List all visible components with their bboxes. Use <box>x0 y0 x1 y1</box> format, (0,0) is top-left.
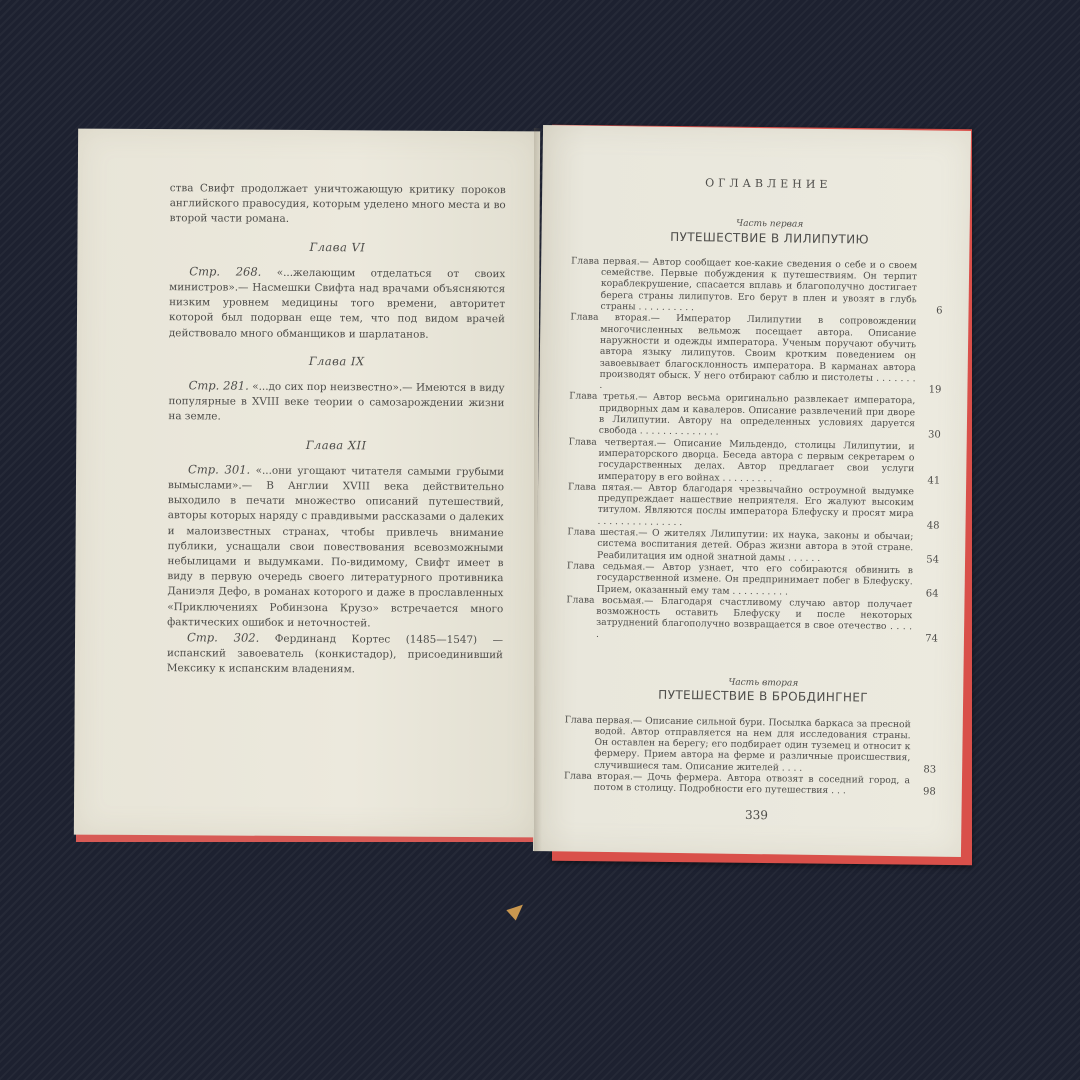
toc-entry: Глава первая.— Автор сообщает кое-какие … <box>570 255 943 317</box>
spacer <box>565 639 937 680</box>
page-number: 339 <box>577 807 935 823</box>
book-gutter <box>534 128 542 852</box>
toc-entry-text: Глава первая.— Автор сообщает кое-какие … <box>570 255 917 316</box>
toc-entry-text: Глава третья.— Автор весьма оригинально … <box>569 391 916 441</box>
toc-entry: Глава шестая.— О жителях Лилипутии: их н… <box>567 526 939 565</box>
toc-entry: Глава первая.— Описание сильной бури. По… <box>564 714 937 776</box>
note-paragraph: Стр. 268. «...желающим отделаться от сво… <box>169 264 505 343</box>
chapter-heading: Глава VI <box>169 239 505 256</box>
toc-entry-page: 41 <box>914 475 940 487</box>
part-title: ПУТЕШЕСТВИЕ В ЛИЛИПУТИЮ <box>595 230 943 246</box>
toc-entry-page: 6 <box>916 305 942 317</box>
page-reference: Стр. 301. <box>188 462 250 476</box>
toc-entry-page: 98 <box>910 787 936 799</box>
toc-entry: Глава пятая.— Автор благодаря чрезвычайн… <box>567 481 940 531</box>
note-text: «...они угощают читателя самыми грубыми … <box>167 465 504 630</box>
toc-entry-text: Глава седьмая.— Автор узнает, что его со… <box>567 560 913 599</box>
toc-entry-text: Глава восьмая.— Благодаря счастливому сл… <box>566 594 913 644</box>
toc-entry-page: 19 <box>915 384 941 396</box>
pencil-shaving <box>506 899 527 920</box>
page-reference: Стр. 268. <box>189 264 261 278</box>
left-page: ства Свифт продолжает уничтожающую крити… <box>74 129 540 838</box>
page-reference: Стр. 281. <box>189 378 249 392</box>
toc-entry-page: 64 <box>913 588 939 600</box>
page-reference: Стр. 302. <box>187 630 259 644</box>
part-title: ПУТЕШЕСТВИЕ В БРОБДИНГНЕГ <box>589 689 937 705</box>
toc-entry: Глава вторая.— Император Лилипутии в соп… <box>569 312 942 396</box>
toc-entry: Глава седьмая.— Автор узнает, что его со… <box>567 560 939 599</box>
chapter-heading: Глава XII <box>168 437 504 454</box>
toc-entry-page: 54 <box>913 554 939 566</box>
toc-entry: Глава третья.— Автор весьма оригинально … <box>569 391 942 441</box>
toc-entry-text: Глава первая.— Описание сильной бури. По… <box>564 714 911 775</box>
toc-entry: Глава четвертая.— Описание Мильдендо, ст… <box>568 436 941 486</box>
toc-entry-page: 74 <box>912 633 938 645</box>
toc-entry-page: 48 <box>913 520 939 532</box>
toc-entry: Глава вторая.— Дочь фермера. Автора отво… <box>564 770 936 798</box>
toc-entry-text: Глава вторая.— Император Лилипутии в соп… <box>569 312 916 396</box>
toc-title: ОГЛАВЛЕНИЕ <box>592 176 944 192</box>
toc-entry-text: Глава шестая.— О жителях Лилипутии: их н… <box>567 526 913 565</box>
right-page: ОГЛАВЛЕНИЕ Часть первая ПУТЕШЕСТВИЕ В ЛИ… <box>533 125 971 857</box>
toc-entry: Глава восьмая.— Благодаря счастливому сл… <box>566 594 939 644</box>
intro-paragraph: ства Свифт продолжает уничтожающую крити… <box>170 181 506 229</box>
toc-entry-text: Глава пятая.— Автор благодаря чрезвычайн… <box>567 481 914 531</box>
toc-entry-text: Глава четвертая.— Описание Мильдендо, ст… <box>568 436 915 486</box>
note-paragraph: Стр. 302. Фердинанд Кортес (1485—1547) —… <box>167 630 503 679</box>
note-paragraph: Стр. 281. «...до сих пор неизвестно».— И… <box>168 378 504 427</box>
table-of-contents: ОГЛАВЛЕНИЕ Часть первая ПУТЕШЕСТВИЕ В ЛИ… <box>563 175 944 823</box>
chapter-heading: Глава IX <box>169 353 505 370</box>
toc-entry-text: Глава вторая.— Дочь фермера. Автора отво… <box>564 770 910 797</box>
left-page-text: ства Свифт продолжает уничтожающую крити… <box>167 181 506 679</box>
note-paragraph: Стр. 301. «...они угощают читателя самым… <box>167 462 504 632</box>
toc-entry-page: 30 <box>915 430 941 442</box>
toc-entry-page: 83 <box>910 764 936 776</box>
